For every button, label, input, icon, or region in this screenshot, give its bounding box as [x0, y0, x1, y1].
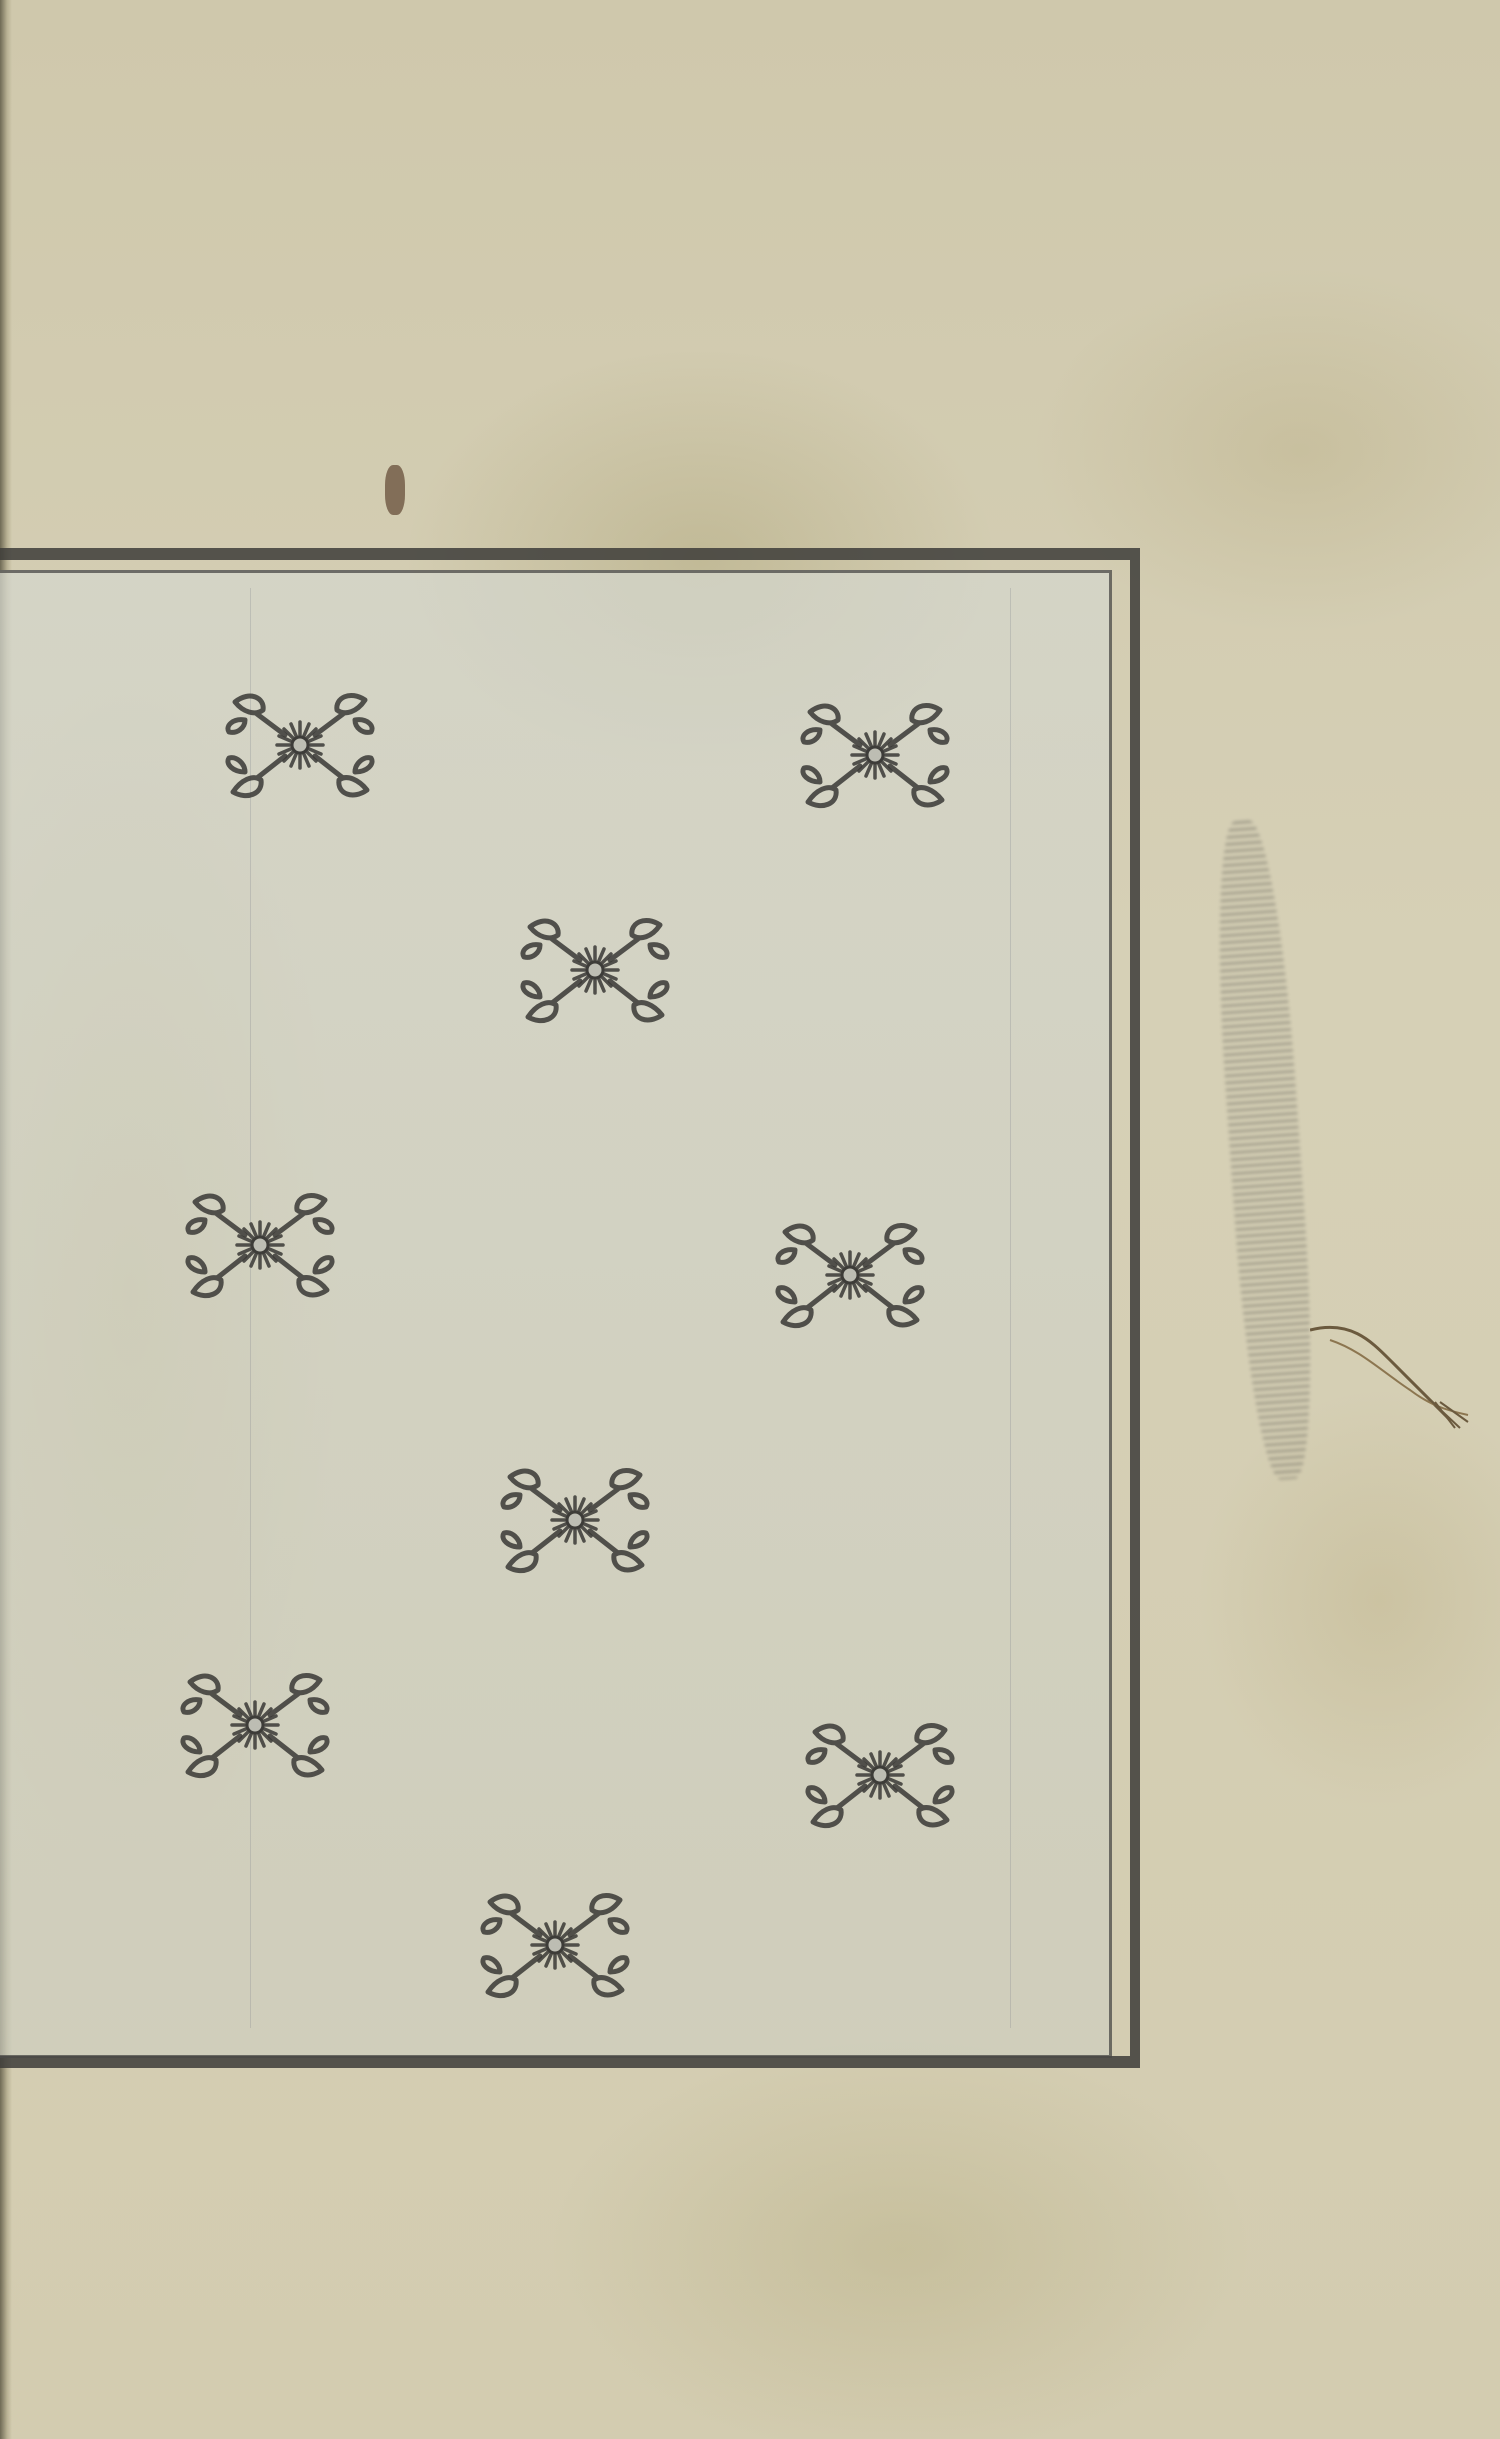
floral-ornament-8 [795, 1710, 965, 1840]
floral-ornament-2 [790, 690, 960, 820]
book-page [0, 0, 1500, 2439]
floral-ornament-6 [490, 1455, 660, 1585]
printed-frame [0, 548, 1145, 2073]
floral-ornament-4 [175, 1180, 345, 1310]
stain-mark [385, 465, 405, 515]
ink-smudge [1207, 818, 1323, 1481]
floral-ornament-1 [215, 680, 385, 810]
floral-ornament-9 [470, 1880, 640, 2010]
floral-ornament-5 [765, 1210, 935, 1340]
paper-fiber [1310, 1310, 1470, 1430]
floral-ornament-3 [510, 905, 680, 1035]
floral-ornament-7 [170, 1660, 340, 1790]
